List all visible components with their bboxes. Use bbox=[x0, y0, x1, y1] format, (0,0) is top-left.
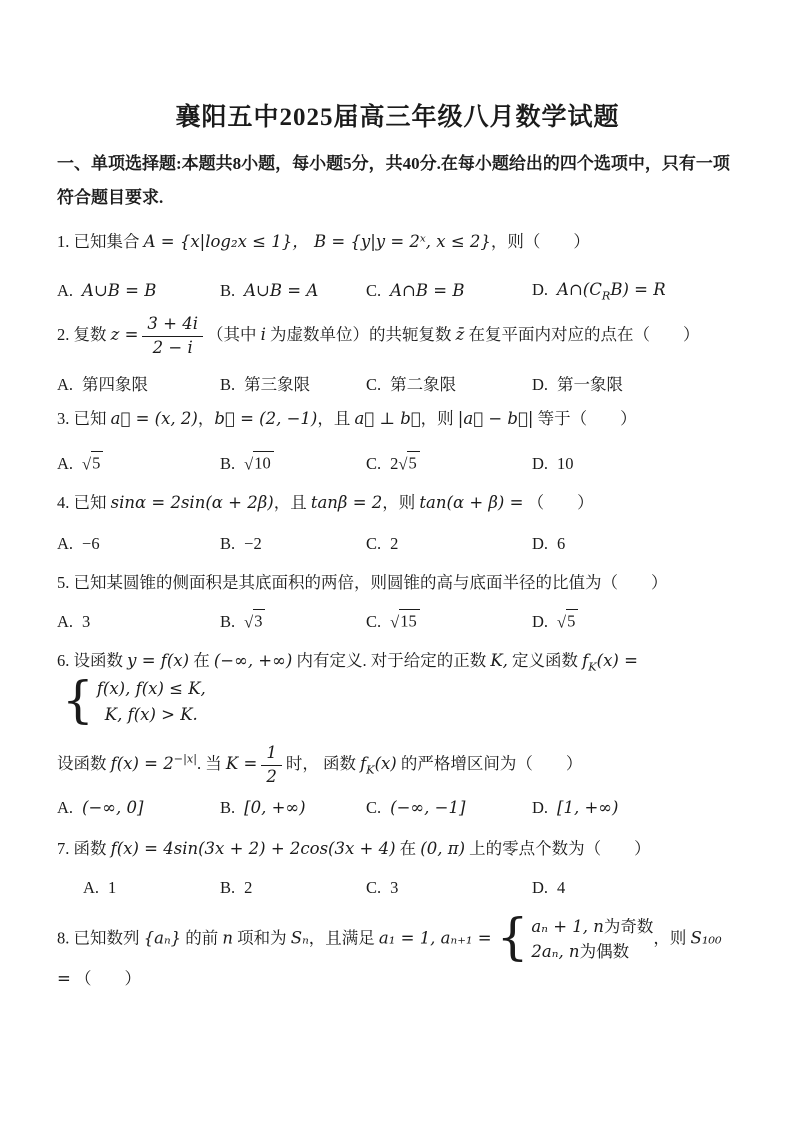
option-label: A. bbox=[57, 281, 73, 301]
exam-page: 襄阳五中2025届高三年级八月数学试题 一、单项选择题:本题共8小题，每小题5分… bbox=[0, 0, 794, 1123]
option-label: A. bbox=[57, 612, 73, 632]
option-label: B. bbox=[220, 612, 235, 632]
case-1-math: aₙ + 1, n bbox=[531, 917, 603, 936]
option-3-a: A.√5 bbox=[57, 454, 220, 474]
q6-fK-subscript: K bbox=[588, 660, 596, 673]
question-4-stem: 4. 已知 sinα = 2sin(α + 2β)，且 tanβ = 2，则 t… bbox=[57, 489, 738, 517]
option-2-c: C.第二象限 bbox=[366, 371, 532, 395]
q7-text: 7. 函数 bbox=[57, 839, 111, 858]
q6-math-domain: (−∞, +∞) bbox=[214, 651, 293, 670]
q7-text-tail: 上的零点个数为（ ） bbox=[465, 839, 651, 858]
q1-math-sets: A = {x|log₂x ≤ 1}， B = {y|y = 2ˣ, x ≤ 2} bbox=[144, 232, 491, 251]
option-label: B. bbox=[220, 375, 235, 395]
q6-exponent: −|x| bbox=[174, 753, 197, 766]
radical-sign: √ bbox=[390, 612, 399, 632]
question-1: 1. 已知集合 A = {x|log₂x ≤ 1}， B = {y|y = 2ˣ… bbox=[57, 228, 738, 302]
option-1-d: D.A∩(CRB) = R bbox=[532, 280, 738, 302]
question-1-options: A.A∪B = B B.A∪B = A C.A∩B = B D.A∩(CRB) … bbox=[57, 280, 738, 302]
option-7-b: B.2 bbox=[220, 878, 366, 898]
sqrt-expression: √15 bbox=[390, 612, 420, 631]
option-value: 第一象限 bbox=[557, 375, 623, 394]
question-2-options: A.第四象限 B.第三象限 C.第二象限 D.第一象限 bbox=[57, 371, 738, 395]
option-value: A∪B = A bbox=[244, 281, 318, 300]
radicand: 5 bbox=[566, 609, 578, 631]
question-6-stem-line-1: 6. 设函数 y = f(x) 在 (−∞, +∞) 内有定义. 对于给定的正数… bbox=[57, 647, 738, 727]
q3-text-3: ，且 bbox=[317, 409, 354, 428]
fraction-numerator: 1 bbox=[261, 743, 282, 766]
option-4-b: B.−2 bbox=[220, 534, 366, 554]
option-label: C. bbox=[366, 612, 381, 632]
option-4-d: D.6 bbox=[532, 534, 738, 554]
option-value: [1, +∞) bbox=[557, 798, 618, 817]
option-label: D. bbox=[532, 280, 548, 300]
option-value: A∩(CRB) = R bbox=[557, 280, 666, 299]
q8-math-Sn: Sₙ bbox=[291, 928, 309, 947]
q1-optd-post: B) = R bbox=[610, 280, 665, 299]
case-2-text: 为偶数 bbox=[580, 942, 630, 961]
option-label: D. bbox=[532, 534, 548, 554]
option-value: A∪B = B bbox=[82, 281, 156, 300]
option-7-a: A.1 bbox=[57, 878, 220, 898]
option-value: 4 bbox=[557, 878, 565, 897]
radicand: 3 bbox=[253, 609, 265, 631]
piecewise-case-2: 2aₙ, n为偶数 bbox=[531, 939, 653, 965]
question-5-options: A.3 B.√3 C.√15 D.√5 bbox=[57, 612, 738, 632]
q2-text-3: 为虚数单位）的共轭复数 bbox=[266, 325, 456, 344]
q4-math-tan-beta: tanβ = 2 bbox=[311, 493, 382, 512]
q6-fK-equals: (x) = bbox=[597, 651, 638, 670]
q3-text-tail: 等于（ ） bbox=[533, 409, 636, 428]
fraction-denominator: 2 bbox=[261, 766, 282, 788]
option-label: A. bbox=[57, 375, 73, 395]
option-label: B. bbox=[220, 798, 235, 818]
option-label: C. bbox=[366, 375, 381, 395]
instructions-line-1: 一、单项选择题:本题共8小题，每小题5分，共40分.在每小题给出的四个选项中，只… bbox=[57, 154, 730, 173]
q4-math-tan-sum: tan(α + β) = bbox=[419, 493, 523, 512]
option-1-a: A.A∪B = B bbox=[57, 281, 220, 301]
radical-sign: √ bbox=[398, 454, 407, 474]
left-brace-icon: { bbox=[497, 912, 529, 962]
option-4-a: A.−6 bbox=[57, 534, 220, 554]
q7-text-2: 在 bbox=[396, 839, 421, 858]
fraction-denominator: 2 − i bbox=[142, 337, 203, 359]
question-3: 3. 已知 a⃗ = (x, 2)，b⃗ = (2, −1)，且 a⃗ ⊥ b⃗… bbox=[57, 405, 738, 474]
question-3-stem: 3. 已知 a⃗ = (x, 2)，b⃗ = (2, −1)，且 a⃗ ⊥ b⃗… bbox=[57, 405, 738, 433]
piecewise-rows: aₙ + 1, n为奇数2aₙ, n为偶数 bbox=[531, 914, 653, 965]
sqrt-expression: √3 bbox=[244, 612, 265, 631]
q2-text-2: （其中 bbox=[207, 325, 261, 344]
option-label: D. bbox=[532, 612, 548, 632]
q6-text-6: . 当 bbox=[197, 754, 226, 773]
question-2-stem: 2. 复数 z =3 + 4i2 − i（其中 i 为虚数单位）的共轭复数 z̄… bbox=[57, 314, 738, 358]
option-2-a: A.第四象限 bbox=[57, 371, 220, 395]
q8-text-5: ，则 bbox=[653, 928, 690, 947]
q6-text-4: 定义函数 bbox=[508, 651, 582, 670]
question-7-options: A.1 B.2 C.3 D.4 bbox=[57, 878, 738, 898]
q6-math-fK: fK(x) = bbox=[582, 651, 638, 670]
option-6-d: D.[1, +∞) bbox=[532, 798, 738, 818]
q6-text: 6. 设函数 bbox=[57, 651, 127, 670]
q6-text-5: 设函数 bbox=[57, 754, 111, 773]
option-1-b: B.A∪B = A bbox=[220, 281, 366, 301]
option-7-d: D.4 bbox=[532, 878, 738, 898]
q7-math-function: f(x) = 4sin(3x + 2) + 2cos(3x + 4) bbox=[111, 839, 396, 858]
case-2-math: 2aₙ, n bbox=[531, 942, 579, 961]
question-4: 4. 已知 sinα = 2sin(α + 2β)，且 tanβ = 2，则 t… bbox=[57, 489, 738, 554]
instructions-line-2: 符合题目要求. bbox=[57, 188, 163, 207]
piecewise-rows: f(x), f(x) ≤ K,K, f(x) > K. bbox=[97, 676, 206, 727]
question-6: 6. 设函数 y = f(x) 在 (−∞, +∞) 内有定义. 对于给定的正数… bbox=[57, 647, 738, 819]
q4-text: 4. 已知 bbox=[57, 493, 111, 512]
option-value: 第二象限 bbox=[390, 375, 456, 394]
q6-text-3: 内有定义. 对于给定的正数 bbox=[292, 651, 490, 670]
option-value: −6 bbox=[82, 534, 100, 553]
option-label: C. bbox=[366, 534, 381, 554]
piecewise-case-1: f(x), f(x) ≤ K, bbox=[97, 676, 206, 702]
q6-text-tail: 的严格增区间为（ ） bbox=[397, 754, 583, 773]
q4-math-sin: sinα = 2sin(α + 2β) bbox=[111, 493, 274, 512]
option-3-c: C.2√5 bbox=[366, 454, 532, 474]
q3-text-2: ， bbox=[198, 409, 215, 428]
radicand: 5 bbox=[407, 451, 419, 473]
option-value: A∩B = B bbox=[390, 281, 464, 300]
option-value: 1 bbox=[108, 878, 116, 897]
piecewise-function: {f(x), f(x) ≤ K,K, f(x) > K. bbox=[62, 676, 206, 727]
q8-math-sequence: {aₙ} bbox=[144, 928, 182, 947]
question-1-stem: 1. 已知集合 A = {x|log₂x ≤ 1}， B = {y|y = 2ˣ… bbox=[57, 228, 738, 256]
q6-fraction-half: 12 bbox=[261, 743, 282, 787]
q3-math-magnitude: |a⃗ − b⃗| bbox=[458, 409, 534, 428]
question-2: 2. 复数 z =3 + 4i2 − i（其中 i 为虚数单位）的共轭复数 z̄… bbox=[57, 314, 738, 394]
question-5: 5. 已知某圆锥的侧面积是其底面积的两倍，则圆锥的高与底面半径的比值为（ ） A… bbox=[57, 569, 738, 632]
piecewise-case-2: K, f(x) > K. bbox=[97, 702, 206, 728]
option-value: 第四象限 bbox=[82, 375, 148, 394]
q3-math-vector-b: b⃗ = (2, −1) bbox=[214, 409, 317, 428]
q3-math-perpendicular: a⃗ ⊥ b⃗ bbox=[354, 409, 420, 428]
option-5-a: A.3 bbox=[57, 612, 220, 632]
radical-sign: √ bbox=[244, 612, 253, 632]
radicand: 15 bbox=[399, 609, 420, 631]
q2-math-z: z = bbox=[111, 325, 139, 344]
q7-math-interval: (0, π) bbox=[420, 839, 465, 858]
q8-math-recurrence: a₁ = 1, aₙ₊₁ = bbox=[379, 928, 492, 947]
sqrt-expression: √5 bbox=[398, 454, 419, 473]
option-label: C. bbox=[366, 454, 381, 474]
option-6-b: B.[0, +∞) bbox=[220, 798, 366, 818]
q6-fK2-subscript: K bbox=[366, 763, 374, 776]
option-label: A. bbox=[57, 454, 73, 474]
q3-text: 3. 已知 bbox=[57, 409, 111, 428]
q6-fK2-x: (x) bbox=[375, 754, 397, 773]
option-5-c: C.√15 bbox=[366, 612, 532, 632]
q8-text-tail: （ ） bbox=[71, 969, 141, 988]
sqrt-expression: √5 bbox=[82, 454, 103, 473]
question-6-options: A.(−∞, 0] B.[0, +∞) C.(−∞, −1] D.[1, +∞) bbox=[57, 798, 738, 818]
radical-sign: √ bbox=[82, 454, 91, 474]
q6-text-7: 时， 函数 bbox=[286, 754, 360, 773]
radicand: 10 bbox=[253, 451, 274, 473]
exam-title: 襄阳五中2025届高三年级八月数学试题 bbox=[57, 97, 738, 133]
q2-text: 2. 复数 bbox=[57, 325, 111, 344]
option-label: A. bbox=[57, 534, 73, 554]
question-8-stem: 8. 已知数列 {aₙ} 的前 n 项和为 Sₙ，且满足 a₁ = 1, aₙ₊… bbox=[57, 914, 738, 993]
question-8: 8. 已知数列 {aₙ} 的前 n 项和为 Sₙ，且满足 a₁ = 1, aₙ₊… bbox=[57, 914, 738, 993]
fraction-numerator: 3 + 4i bbox=[142, 314, 203, 337]
left-brace-icon: { bbox=[62, 675, 94, 725]
piecewise-function: {aₙ + 1, n为奇数2aₙ, n为偶数 bbox=[497, 914, 654, 965]
option-5-b: B.√3 bbox=[220, 612, 366, 632]
option-2-d: D.第一象限 bbox=[532, 371, 738, 395]
option-4-c: C.2 bbox=[366, 534, 532, 554]
option-label: B. bbox=[220, 454, 235, 474]
option-label: A. bbox=[57, 798, 73, 818]
option-label: D. bbox=[532, 878, 548, 898]
question-6-stem-line-2: 设函数 f(x) = 2−|x|. 当 K =12时， 函数 fK(x) 的严格… bbox=[57, 743, 738, 787]
option-6-a: A.(−∞, 0] bbox=[57, 798, 220, 818]
option-value: 3 bbox=[82, 612, 90, 631]
q2-fraction: 3 + 4i2 − i bbox=[142, 314, 203, 358]
q1-text-tail: ，则（ ） bbox=[491, 232, 590, 251]
q3-math-vector-a: a⃗ = (x, 2) bbox=[111, 409, 198, 428]
section-instructions: 一、单项选择题:本题共8小题，每小题5分，共40分.在每小题给出的四个选项中，只… bbox=[57, 147, 738, 215]
option-label: A. bbox=[83, 878, 99, 898]
option-7-c: C.3 bbox=[366, 878, 532, 898]
q6-fx-2: f(x) = 2 bbox=[111, 754, 174, 773]
question-4-options: A.−6 B.−2 C.2 D.6 bbox=[57, 534, 738, 554]
radical-sign: √ bbox=[557, 612, 566, 632]
q6-math-fK-2: fK(x) bbox=[360, 754, 397, 773]
option-1-c: C.A∩B = B bbox=[366, 281, 532, 301]
option-3-b: B.√10 bbox=[220, 454, 366, 474]
q8-text-4: ，且满足 bbox=[309, 928, 379, 947]
option-value: −2 bbox=[244, 534, 262, 553]
question-3-options: A.√5 B.√10 C.2√5 D.10 bbox=[57, 454, 738, 474]
question-7-stem: 7. 函数 f(x) = 4sin(3x + 2) + 2cos(3x + 4)… bbox=[57, 835, 738, 863]
q6-math-definition: f(x) = 2−|x| bbox=[111, 754, 197, 773]
option-label: C. bbox=[366, 281, 381, 301]
option-label: D. bbox=[532, 454, 548, 474]
option-value: (−∞, −1] bbox=[390, 798, 465, 817]
option-label: C. bbox=[366, 878, 381, 898]
sqrt-expression: √10 bbox=[244, 454, 274, 473]
option-label: C. bbox=[366, 798, 381, 818]
q8-text: 8. 已知数列 bbox=[57, 928, 144, 947]
option-label: B. bbox=[220, 534, 235, 554]
q4-text-tail: （ ） bbox=[523, 493, 593, 512]
q6-text-2: 在 bbox=[189, 651, 214, 670]
option-value: 第三象限 bbox=[244, 375, 310, 394]
option-value: 6 bbox=[557, 534, 565, 553]
q4-text-3: ，则 bbox=[382, 493, 419, 512]
option-5-d: D.√5 bbox=[532, 612, 738, 632]
question-5-stem: 5. 已知某圆锥的侧面积是其底面积的两倍，则圆锥的高与底面半径的比值为（ ） bbox=[57, 569, 738, 597]
option-value: [0, +∞) bbox=[244, 798, 305, 817]
option-value: 3 bbox=[390, 878, 398, 897]
q3-text-4: ，则 bbox=[421, 409, 458, 428]
question-7: 7. 函数 f(x) = 4sin(3x + 2) + 2cos(3x + 4)… bbox=[57, 835, 738, 897]
option-2-b: B.第三象限 bbox=[220, 371, 366, 395]
q4-text-2: ，且 bbox=[274, 493, 311, 512]
case-1-text: 为奇数 bbox=[604, 917, 654, 936]
option-label: B. bbox=[220, 281, 235, 301]
q1-optd-pre: A∩(C bbox=[557, 280, 602, 299]
option-label: D. bbox=[532, 798, 548, 818]
option-value: 2 bbox=[244, 878, 252, 897]
radicand: 5 bbox=[91, 451, 103, 473]
sqrt-expression: √5 bbox=[557, 612, 578, 631]
option-label: B. bbox=[220, 878, 235, 898]
q6-math-K-equals: K = bbox=[226, 754, 257, 773]
option-value: (−∞, 0] bbox=[82, 798, 143, 817]
q2-text-tail: 在复平面内对应的点在（ ） bbox=[464, 325, 699, 344]
radical-sign: √ bbox=[244, 454, 253, 474]
option-value: 2 bbox=[390, 534, 398, 553]
q8-text-3: 项和为 bbox=[233, 928, 291, 947]
option-3-d: D.10 bbox=[532, 454, 738, 474]
option-value: 10 bbox=[557, 454, 574, 473]
option-label: D. bbox=[532, 375, 548, 395]
q6-math-y-fx: y = f(x) bbox=[127, 651, 189, 670]
piecewise-case-1: aₙ + 1, n为奇数 bbox=[531, 914, 653, 940]
q6-math-K: K, bbox=[490, 651, 508, 670]
q8-text-2: 的前 bbox=[181, 928, 222, 947]
q5-text: 5. 已知某圆锥的侧面积是其底面积的两倍，则圆锥的高与底面半径的比值为（ ） bbox=[57, 573, 668, 592]
option-6-c: C.(−∞, −1] bbox=[366, 798, 532, 818]
q8-math-n: n bbox=[222, 928, 233, 947]
q1-text: 1. 已知集合 bbox=[57, 232, 144, 251]
